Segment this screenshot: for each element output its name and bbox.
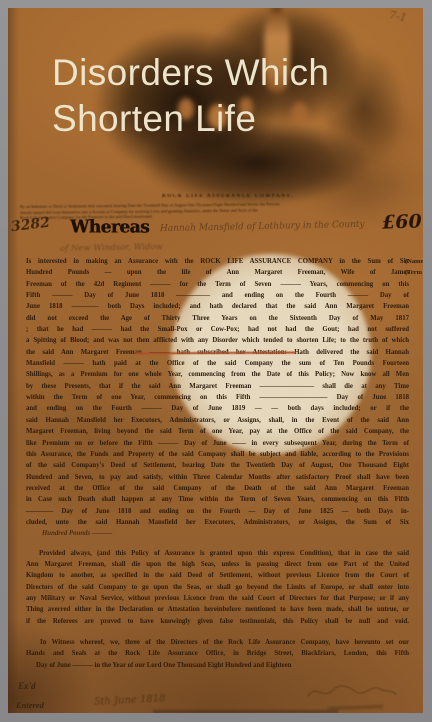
policy-text-line: Provided always, (and this Policy of Ass… <box>26 548 409 559</box>
entered-date-script: 5th June 1818 <box>94 693 166 708</box>
proviso-paragraph: Provided always, (and this Policy of Ass… <box>26 548 409 627</box>
policy-text-line: Directors of the said Company to go upon… <box>26 582 409 593</box>
policy-text-line: Freeman of the 42d Regiment ——— for the … <box>26 279 409 290</box>
screenshot-frame: ROCK LIFE ASSURANCE COMPANY. By an Inden… <box>0 0 432 722</box>
slide-title-line2: Shorten Life <box>52 96 329 142</box>
insured-name-script: Hannah Mansfield of Lothbury in the Coun… <box>160 220 365 234</box>
policy-text-line: June 1818 ———— both Days included; and h… <box>26 301 409 312</box>
sum-assured-amount: £60 <box>382 210 422 233</box>
witness-paragraph: In Witness whereof, we, three of the Dir… <box>26 637 409 671</box>
cropped-bottom-mark <box>328 705 383 710</box>
policy-text-line: Mansfield ——— hath paid at the Office of… <box>26 358 409 369</box>
policy-text-line: Ann Margaret Freeman, shall die upon the… <box>26 559 409 570</box>
policy-text-line: within the Term of one Year, commencing … <box>26 392 409 403</box>
policy-text-line: a Spitting of Blood; and was not then af… <box>26 335 409 346</box>
slide-title: Disorders Which Shorten Life <box>52 50 329 142</box>
insured-residence-script: of New Windsor, Widow <box>60 242 163 254</box>
policy-text-line: Hundred and Seven, to pay and satisfy, w… <box>26 472 409 483</box>
policy-text-line: in Case such Death shall happen at any T… <box>26 494 409 505</box>
policy-text-line: In Witness whereof, we, three of the Dir… <box>26 637 409 648</box>
policy-text-line: Thing averred either in the Declaration … <box>26 604 409 615</box>
policy-text-line: Hundred Pounds — upon the life of Ann Ma… <box>26 267 409 278</box>
engraving-right-shade <box>321 47 406 172</box>
left-edge-stain <box>8 8 19 713</box>
policy-text-line: if the Referees are proved to have knowi… <box>26 616 409 627</box>
margin-note-name: (Name <box>405 258 423 265</box>
scanned-policy-document: ROCK LIFE ASSURANCE COMPANY. By an Inden… <box>8 8 423 713</box>
policy-text-line: cluded, unto the said Hannah Mansfield h… <box>26 517 409 528</box>
policy-text-line: ———— Day of June 1818 and ending on the … <box>26 506 409 517</box>
policy-text-line: Kingdom to another, as specified in the … <box>26 570 409 581</box>
margin-note-term: (Term <box>405 269 422 276</box>
director-signature <box>306 678 398 709</box>
policy-text-line: said Hannah Mansfield her Executors, Adm… <box>26 415 409 426</box>
policy-text-line: any Military or Naval Service, without p… <box>26 593 409 604</box>
policy-text-line: of the said Company's Deed of Settlement… <box>26 460 409 471</box>
policy-text-line: Is interested in making an Assurance wit… <box>26 256 409 267</box>
policy-text-line: this Assurance, the Funds and Property o… <box>26 449 409 460</box>
policy-text-line: received at the Office of the said Compa… <box>26 483 409 494</box>
policy-text-line: Fifth ——— Day of June 1818 ————— and end… <box>26 290 409 301</box>
whereas-word: Whereas <box>70 216 149 237</box>
policy-text-line: Margaret Freeman, living beyond the said… <box>26 426 409 437</box>
policy-text-line: like Premium on or before the Fifth ——— … <box>26 438 409 449</box>
cropped-bottom-text <box>153 710 338 713</box>
slide-title-line1: Disorders Which <box>52 50 329 96</box>
policy-text-line: ; that he had ——— had the Small-Pox or C… <box>26 324 409 335</box>
policy-text-line: by these Presents, that if the said Ann … <box>26 381 409 392</box>
policy-text-line: Day of June ——— in the Year of our Lord … <box>26 660 409 671</box>
exd-label: Ex'd <box>18 681 36 691</box>
company-caption: ROCK LIFE ASSURANCE COMPANY. <box>103 194 353 199</box>
policy-body-text: Is interested in making an Assurance wit… <box>26 256 409 671</box>
policy-text-line: and ending on the Fourth ——— Day of June… <box>26 403 409 414</box>
policy-text-line: did not exceed the Age of Thirty Three Y… <box>26 313 409 324</box>
policy-text-line: Shillings, as a Premium for one whole Ye… <box>26 369 409 380</box>
entered-label: Entered <box>16 700 44 710</box>
policy-number: 3282 <box>10 215 51 236</box>
main-paragraph: Is interested in making an Assurance wit… <box>26 256 409 540</box>
policy-text-line: Hands and Seals at the Rock Life Assuran… <box>26 648 409 659</box>
policy-text-line: Hundred Pounds ——— <box>26 528 409 539</box>
